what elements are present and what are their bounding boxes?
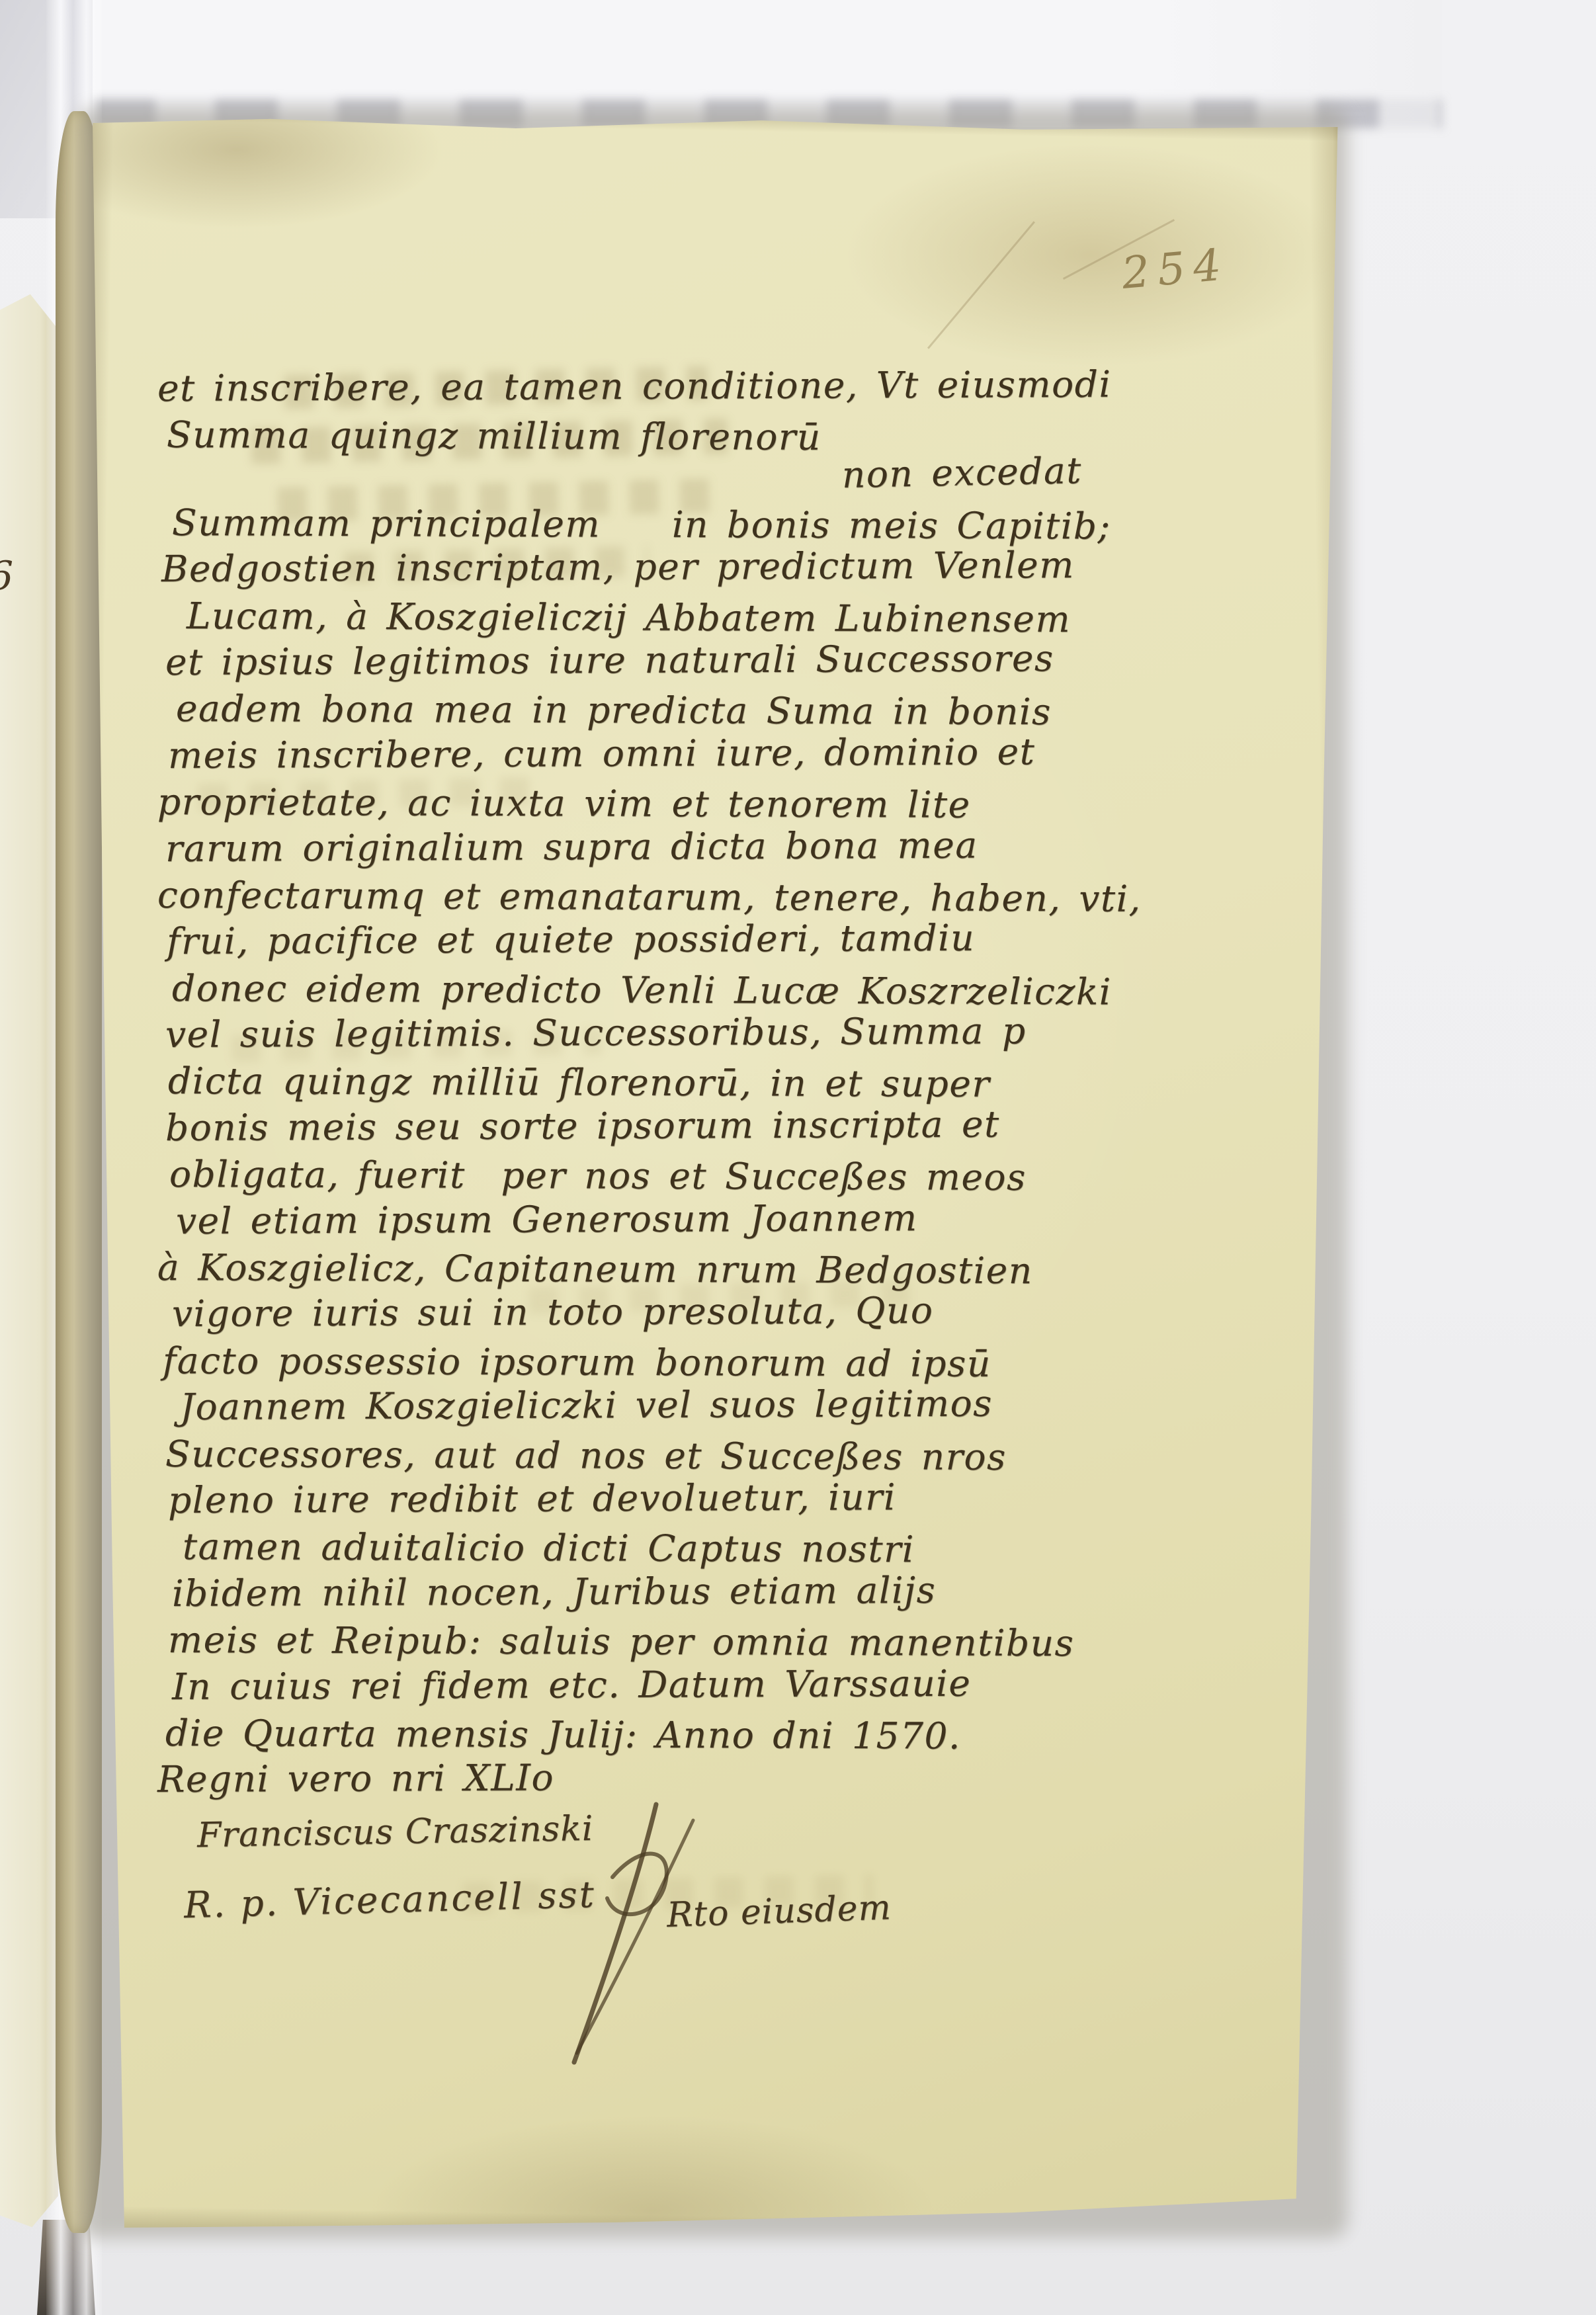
manuscript-page: 254 et inscribere, ea tamen conditione, … [86,118,1343,2232]
scanned-manuscript-page: { "manuscript": { "page_number": "254", … [0,0,1596,2315]
manuscript-line: et ipsius legitimos iure naturali Succes… [165,634,1150,685]
manuscript-line: rarum originalium supra dicta bona mea [165,821,1150,872]
manuscript-line: In cuius rei fidem etc. Datum Varssauie [172,1659,1150,1710]
page-number: 254 [1120,239,1231,299]
signature-paraph [483,1798,708,2076]
manuscript-line: non excedat [841,452,1150,499]
manuscript-line: vel suis legitimis. Successoribus, Summa… [165,1007,1150,1058]
manuscript-line: Joannem Koszgieliczki vel suos legitimos [180,1380,1150,1431]
margin-ink-mark: 6 [0,553,13,599]
manuscript-line: Regni vero nri XLIo [157,1752,1150,1803]
manuscript-line: Bedgostien inscriptam, per predictum Ven… [161,542,1150,593]
manuscript-line: bonis meis seu sorte ipsorum inscripta e… [165,1100,1150,1151]
manuscript-line: et inscribere, ea tamen conditione, Vt e… [157,360,1150,411]
manuscript-line: vel etiam ipsum Generosum Joannem [176,1193,1150,1244]
manuscript-line: pleno iure redibit et devoluetur, iuri [168,1473,1150,1524]
parchment-scratch [927,221,1035,349]
manuscript-line: vigore iuris sui in toto presoluta, Quo [172,1286,1150,1337]
manuscript-line: frui, pacifice et quiete possideri, tamd… [167,914,1150,965]
manuscript-line: meis inscribere, cum omni iure, dominio … [168,728,1150,779]
manuscript-text-block: et inscribere, ea tamen conditione, Vt e… [157,365,1150,1803]
manuscript-line: ibidem nihil nocen, Juribus etiam alijs [172,1566,1150,1617]
